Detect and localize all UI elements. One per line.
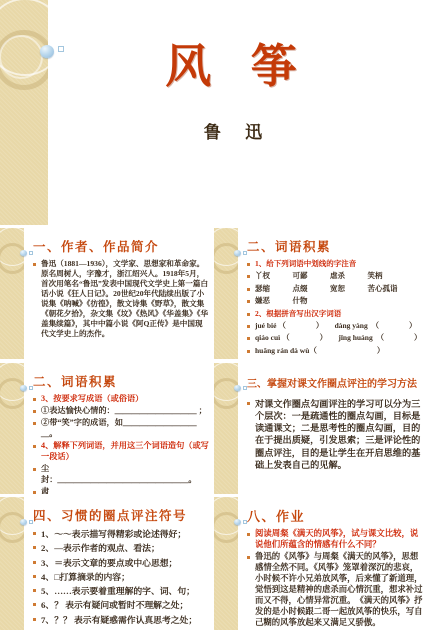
circle-decoration xyxy=(0,35,43,79)
bullet-square-icon xyxy=(33,575,36,578)
bullet-square-icon xyxy=(247,288,250,291)
slide-vocabulary-1[interactable]: 二、词语积累 1、给下列词语中划线的字注音 丫杈 可鄙 虐杀 笑柄 瑟缩 点缀 … xyxy=(214,228,428,359)
circle-decoration xyxy=(0,243,24,274)
symbol-item: 1、～～表示描写得精彩或论述得好； xyxy=(33,528,209,541)
fill-blank-line: ②带“笑”字的成语，如＿＿＿＿＿＿＿＿＿＿。 xyxy=(33,418,209,439)
bullet-square-icon xyxy=(33,589,36,592)
sidebar-strip xyxy=(0,0,48,225)
slide-heading: 四、习惯的圈点评注符号 xyxy=(33,506,209,524)
bullet-square-icon xyxy=(247,325,250,328)
bullet-square-icon xyxy=(247,275,250,278)
bullet-square-icon xyxy=(247,402,250,405)
slide-homework[interactable]: 八、作业 阅读周粲《满天的风筝》，试与课文比较，说说他们所蕴含的情感有什么不同？… xyxy=(214,497,428,630)
sidebar-strip xyxy=(0,228,24,359)
slide-author-intro[interactable]: 一、作者、作品简介 鲁迅（1881—1936），文学家、思想家和革命家。原名周树… xyxy=(0,228,213,359)
presentation-title: 风 筝 xyxy=(48,30,428,96)
task-line: 2、根据拼音写出汉字词语 xyxy=(247,309,424,320)
slide-heading: 八、作业 xyxy=(247,506,424,525)
symbol-item: 4、□打算摘录的内容； xyxy=(33,571,209,584)
word-row: 瑟缩 点缀 宽恕 苦心孤诣 xyxy=(247,284,424,295)
bullet-square-icon xyxy=(33,561,36,564)
bullet-square-icon xyxy=(33,532,36,535)
bullet-square-icon xyxy=(247,350,250,353)
sidebar-strip xyxy=(0,363,24,494)
bullet-square-icon xyxy=(247,300,250,303)
symbol-item: 2、—表示作者的观点、看法； xyxy=(33,542,209,555)
bullet-square-icon xyxy=(33,445,36,448)
symbol-item: 3、＝表示文章的要点或中心思想； xyxy=(33,557,209,570)
pinyin-row: huǎng rán dà wù（ ） xyxy=(247,346,424,357)
slide-vocabulary-2[interactable]: 二、词语积累 3、按要求写成语（或俗语） ①表达愉快心情的：＿＿＿＿＿＿＿＿＿＿… xyxy=(0,363,213,494)
pinyin-row: qiáo cuì （ ） jīng huáng （ ） xyxy=(247,333,424,344)
term-definition-line: 尘 封：＿＿＿＿＿＿＿＿＿＿＿＿＿＿＿＿。 xyxy=(33,464,209,485)
sphere-decoration xyxy=(20,519,27,525)
symbol-item: 7、？？ 表示有疑惑需作认真思考之处； xyxy=(33,614,209,627)
sphere-decoration xyxy=(234,385,241,391)
circle-decoration xyxy=(214,512,238,543)
bullet-square-icon xyxy=(33,263,36,266)
circle-decoration xyxy=(214,243,238,274)
slide-heading: 二、词语积累 xyxy=(247,237,424,255)
slide-title[interactable]: 风 筝 鲁 迅 xyxy=(0,0,428,225)
homework-answer: 鲁迅的《风筝》与周粲《满天的风筝》，思想感情全然不同。《风筝》笼罩着深沉的悲哀，… xyxy=(247,552,424,628)
bullet-square-icon xyxy=(33,468,36,471)
bullet-square-icon xyxy=(33,618,36,621)
slide-annotation-method[interactable]: 三、掌握对课文作圈点评注的学习方法 对课文作圈点勾画评注的学习可以分为三个层次：… xyxy=(214,363,428,494)
bullet-square-icon xyxy=(33,422,36,425)
sidebar-strip xyxy=(214,363,238,494)
bullet-square-icon xyxy=(33,491,36,494)
body-paragraph: 鲁迅（1881—1936），文学家、思想家和革命家。原名周树人，字豫才，浙江绍兴… xyxy=(33,259,209,339)
bullet-square-icon xyxy=(247,313,250,316)
sphere-decoration xyxy=(20,385,27,391)
bullet-square-icon xyxy=(33,546,36,549)
slide-heading: 三、掌握对课文作圈点评注的学习方法 xyxy=(247,375,424,390)
sidebar-strip xyxy=(0,497,24,630)
presentation-author: 鲁 迅 xyxy=(48,118,428,143)
term-definition-line: 肃 杀：＿＿＿＿＿＿＿＿＿＿＿＿＿＿＿＿。 xyxy=(33,487,209,494)
sphere-decoration xyxy=(234,519,241,525)
bullet-square-icon xyxy=(33,398,36,401)
slide-annotation-symbols[interactable]: 四、习惯的圈点评注符号 1、～～表示描写得精彩或论述得好； 2、—表示作者的观点… xyxy=(0,497,213,630)
bullet-square-icon xyxy=(247,337,250,340)
body-paragraph: 对课文作圈点勾画评注的学习可以分为三个层次：一是疏通性的圈点勾画，目标是读通课文… xyxy=(247,398,424,471)
sidebar-strip xyxy=(214,497,238,630)
symbol-item: 5、……表示要着重理解的字、词、句； xyxy=(33,585,209,598)
circle-decoration xyxy=(214,378,238,409)
homework-question: 阅读周粲《满天的风筝》，试与课文比较，说说他们所蕴含的情感有什么不同？ xyxy=(247,529,424,551)
word-row: 嫌恶 什物 xyxy=(247,296,424,307)
bullet-square-icon xyxy=(247,263,250,266)
fill-blank-line: ①表达愉快心情的：＿＿＿＿＿＿＿＿＿＿ ； xyxy=(33,406,209,417)
circle-decoration xyxy=(0,378,24,409)
task-line: 1、给下列词语中划线的字注音 xyxy=(247,259,424,270)
task-line: 4、解释下列词语，并用这三个词语造句（或写一段话） xyxy=(33,441,209,462)
bullet-square-icon xyxy=(33,410,36,413)
circle-decoration xyxy=(0,512,24,543)
task-line: 3、按要求写成语（或俗语） xyxy=(33,394,209,405)
bullet-square-icon xyxy=(247,533,250,536)
sphere-decoration xyxy=(234,250,241,256)
bullet-square-icon xyxy=(33,603,36,606)
bullet-square-icon xyxy=(247,556,250,559)
symbol-item: 6、？ 表示有疑问或暂时不理解之处； xyxy=(33,599,209,612)
word-row: 丫杈 可鄙 虐杀 笑柄 xyxy=(247,271,424,282)
slide-heading: 二、词语积累 xyxy=(33,372,209,390)
pinyin-row: jué bié （ ） dàng yàng （ ） xyxy=(247,321,424,332)
sidebar-strip xyxy=(214,228,238,359)
sphere-decoration xyxy=(20,250,27,256)
slide-heading: 一、作者、作品简介 xyxy=(33,237,209,255)
